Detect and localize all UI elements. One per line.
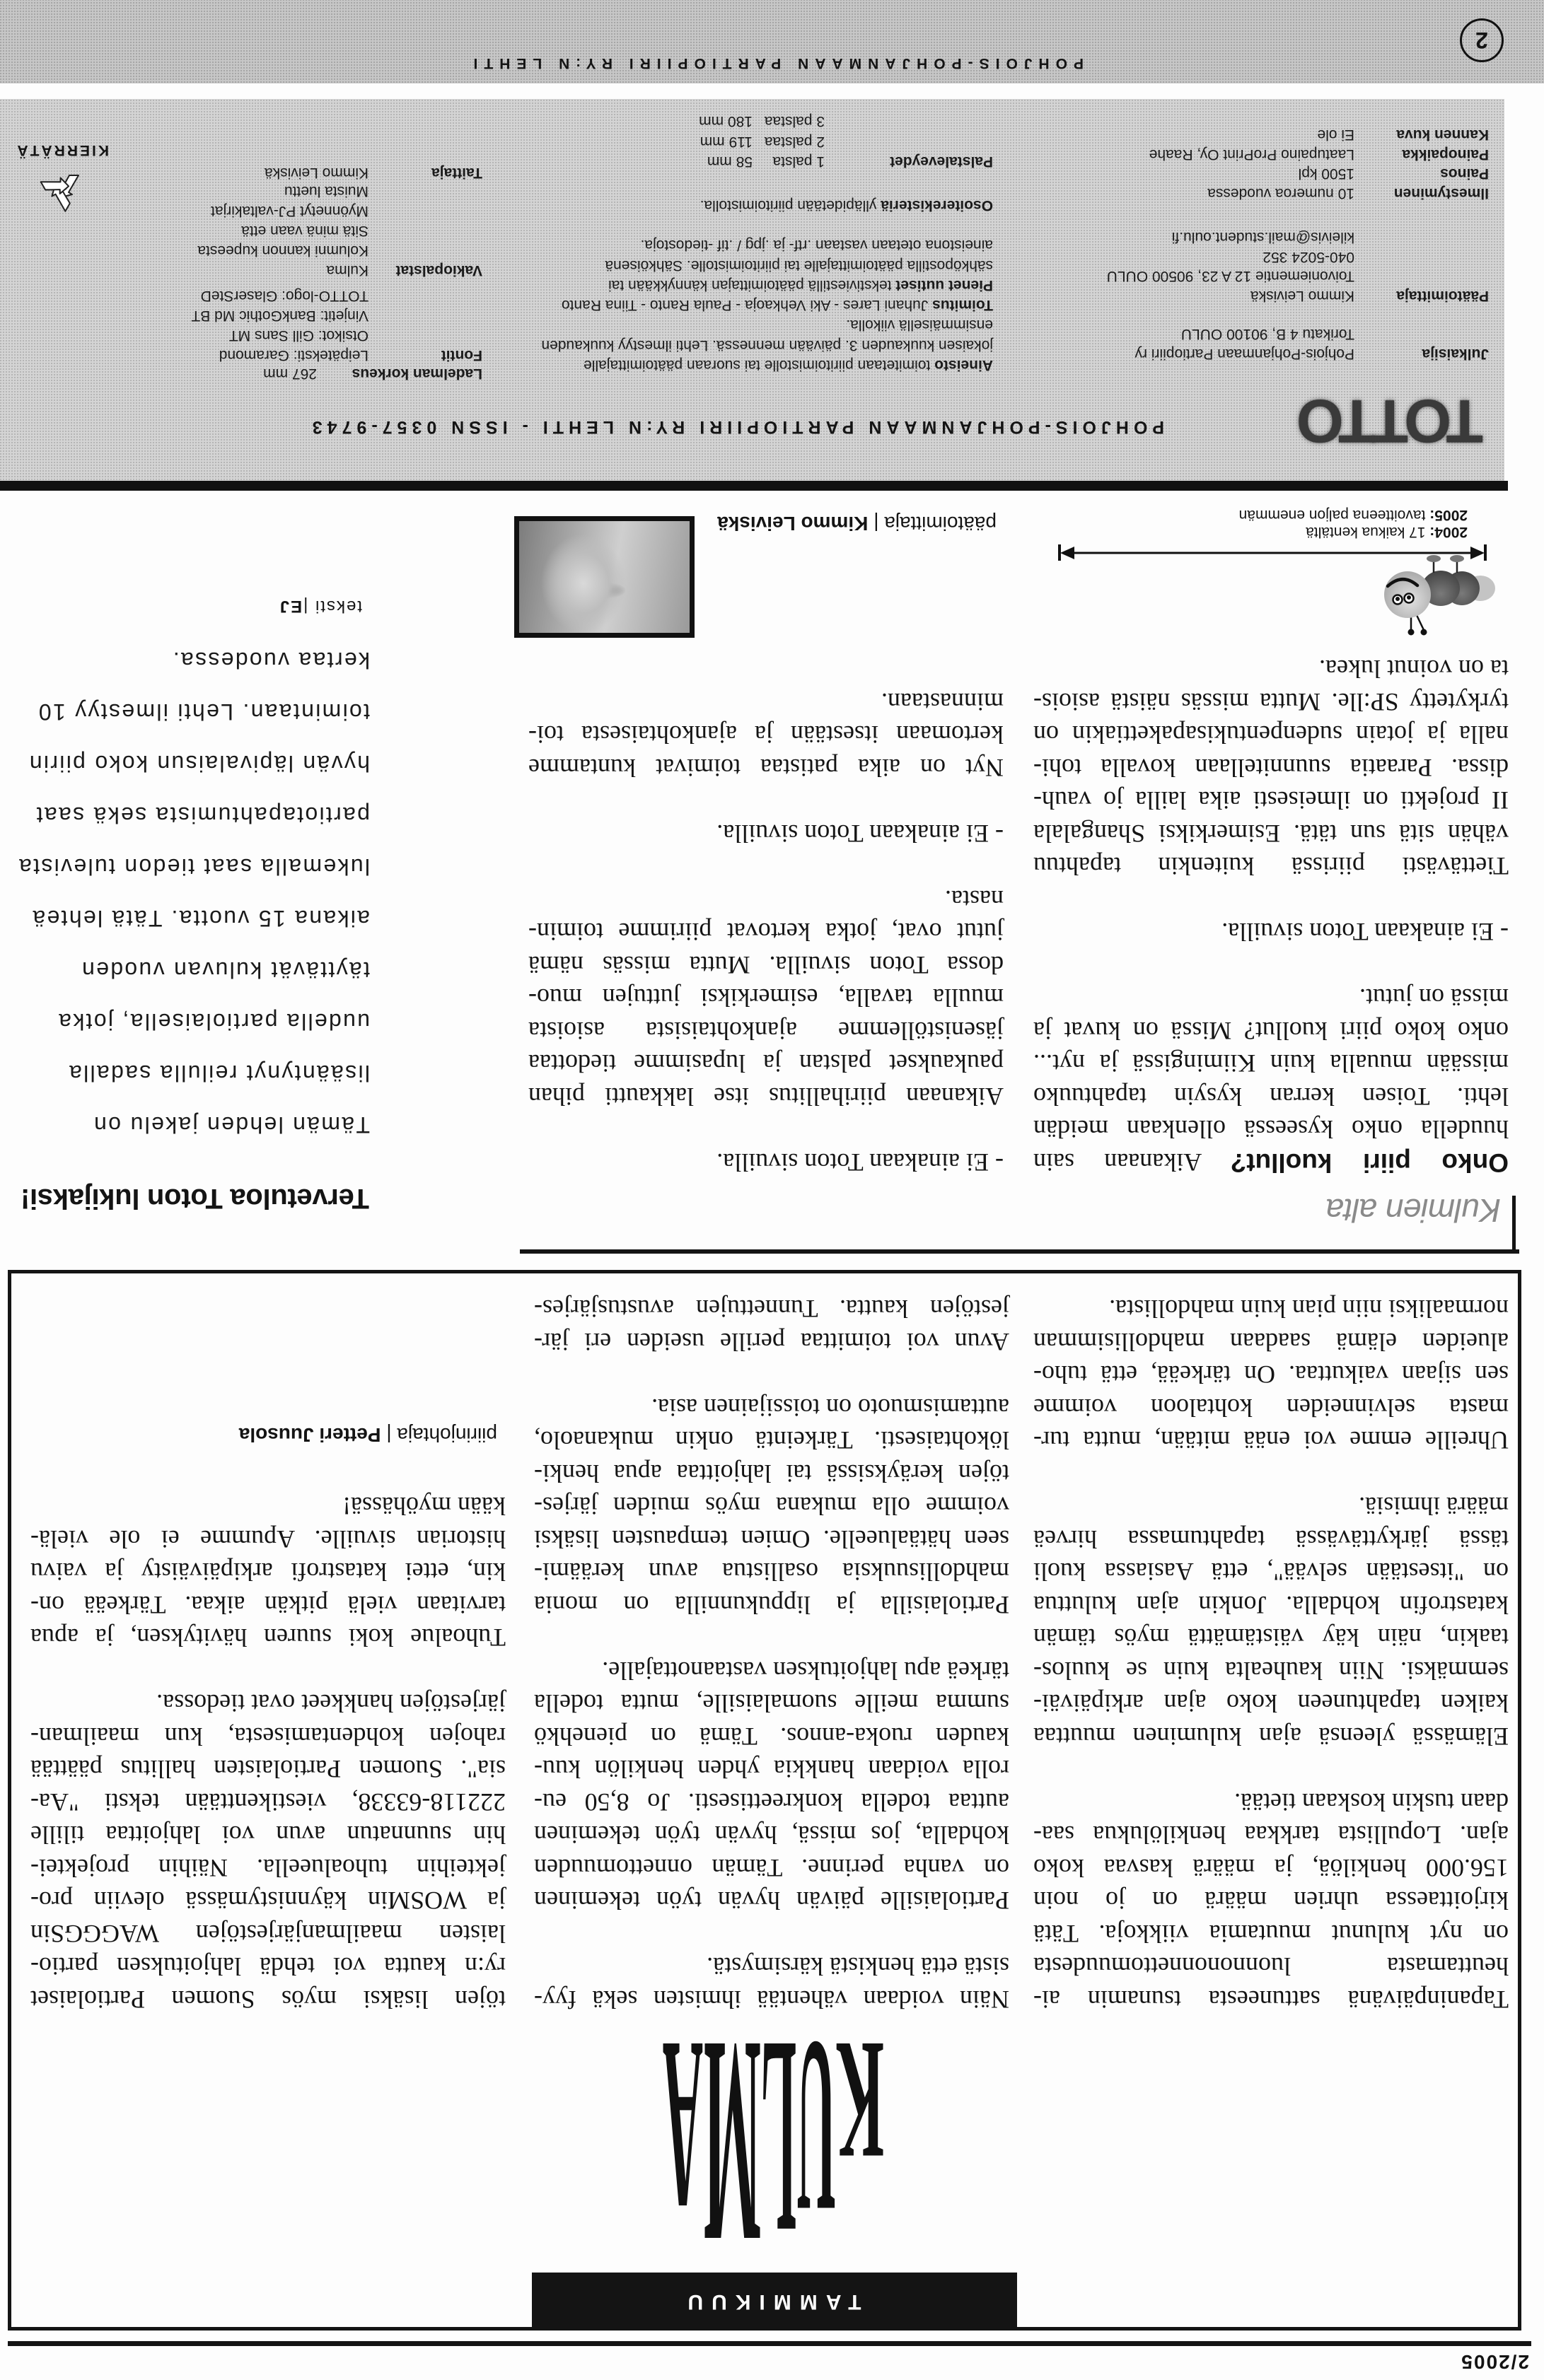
title-letter: A [663,1990,703,2261]
kulma-signature: piirinjohtaja | Petteri Juusola [239,1423,497,1446]
text-run: ajan. Lopullista tarkkaa henkilölukua sa… [1033,1821,1509,1850]
editor-signature: päätoimittaja | Kimmo Leiviskä [717,512,997,535]
text-line: onko koko piiri kuollut? Missä on kuvat … [1033,1015,1509,1048]
text-run: tässä järkyttävässä tapahtumassa hirveä [1033,1525,1509,1553]
paragraph: Partiolaisilla ja lippukunnilla on monia… [534,1392,1009,1622]
text-line: Tuhoalue koki suuren hävityksen, ja apua [30,1621,506,1655]
note-line: Toimitus Juhani Lares - Aki Vehkaoja - P… [498,295,993,315]
welcome-line: toimintaan. Lehti ilmestyy 10 [18,686,370,737]
text-line: töjen keräyksissä tai lahjoittaa apua he… [534,1457,1009,1491]
publisher-label: Julkaisija [1422,344,1489,364]
text-line: vähän sitä sun tätä. Esimerkiksi Shangal… [1033,817,1509,851]
section-rule [520,1249,1519,1254]
text-run: vähän sitä sun tätä. Esimerkiksi Shangal… [1033,819,1509,848]
text-line: 156.000 henkilöä, ja määrä kasvaa koko [1033,1852,1509,1885]
text-run: kaiken tapahtuneen koko ajan arkipäiväi- [1033,1690,1509,1718]
text-line: tärkeä apu lahjoituksen vastaanottajalle… [534,1655,1009,1688]
feedback-text: 17 kaikua kentältä [1306,524,1429,540]
paragraph: - Ei ainakaan Toton sivuilla. [528,817,1004,851]
text-run: järjestöjen hankkeet ovat tiedossa. [156,1690,506,1718]
column-widths-label: Palstaleveydet [890,151,993,171]
detail-label: Kannen kuva [1396,125,1489,145]
editor-label: Päätoimittaja [1396,286,1489,306]
text-line: heuttamasta luonnononnettomuudesta [1033,1950,1509,1983]
regular-columns-label: Vakiopalstat [395,260,482,280]
text-run: sähköpostilla päätoimittajalle tai piiri… [605,257,993,274]
value-line: Torikatu 4 B, 90100 OULU [1135,325,1354,344]
year-label: 2005: [1429,507,1468,523]
colophon-rule [0,481,1508,491]
text-line: paukaukset palstan ja lupasimme tiedotta… [528,1047,1004,1080]
text-line: minnastaan. [528,686,1004,719]
welcome-line: partiotapahtumista sekä saat [18,789,370,841]
text-line: historian sivuille. Apumme ei ole vielä- [30,1523,506,1556]
text-line: Uhreille emme voi enää mitään, mutta tur… [1033,1424,1509,1457]
text-line: nalla ja jotain sudenpentukisapakettiaki… [1033,718,1509,752]
text-line: ja WOSMin käynnistymässä oleviin pro- [30,1884,506,1918]
text-run: - Ei ainakaan Toton sivuilla. [716,819,1004,848]
text-run: minnastaan. [881,688,1004,716]
text-run: Tapaninpäivänä sattuneesta tsunamin ai- [1033,1985,1509,2014]
note-line [498,215,993,235]
text-run: voimme olla mukana myös muiden järjes- [534,1493,1009,1521]
detail-value: Ei ole [1317,125,1354,145]
kulma-column-2: Näin voidaan vähentää ihmisten sekä fyy-… [534,1293,1009,2016]
text-run: sen sijaan vaikuttaa. On tärkeää, että t… [1033,1361,1509,1389]
text-line: - Ei ainakaan Toton sivuilla. [528,1146,1004,1179]
magazine-page: 2/2005 TAMMIKUU KULMA Tapaninpäivänä sat… [0,0,1544,2380]
text-run: Aikanaan sain [1033,1148,1231,1177]
text-run: Partiolaisilla ja lippukunnilla on monia [534,1591,1009,1619]
value-line: Toivoniementie 12 A 23, 90500 OULU [1107,267,1354,286]
text-run: lökohtaisesti. Tärkeintä onkin mukanaolo… [534,1427,1009,1455]
signature-separator: | [381,1424,397,1446]
text-run: onko koko piiri kuollut? Missä on kuvat … [1033,1017,1509,1045]
text-run: määrä ihmisiä. [1359,1493,1509,1521]
text-run: nalla ja jotain sudenpentukisapakettiaki… [1033,721,1509,749]
welcome-credit: teksti |EJ [279,596,362,616]
text-run: hin suunnatun avun voi lahjoittaa tilill… [30,1821,506,1850]
text-line: kirjoittaessa uhrien määrä on jo noin [1033,1884,1509,1918]
text-run: jestöjen kautta. Tunnettujen avustusjärj… [534,1295,1009,1324]
text-run: daan tuskin koskaan tietää. [1234,1788,1509,1816]
text-run: missä on jutut. [1359,984,1509,1013]
header-rule [8,2341,1531,2346]
feedback-note: 2004: 17 kaikua kentältä 2005: tavoittee… [1239,506,1468,540]
text-line: ry:n kautta voi tehdä lahjoituksen parti… [30,1950,506,1983]
feedback-2004: 2004: 17 kaikua kentältä [1239,523,1468,540]
text-run: jokaisen kuukauden 3. päivään mennessä. … [541,337,993,354]
text-run: Aikanaan piirihallitus itse lakkautti pi… [528,1083,1004,1111]
text-run: sistä että henkistä kärsimystä. [707,1953,1009,1981]
note-line: ensimmäisellä viikolla. [498,315,993,334]
layout-artist-value: Kimmo Leiviskä [265,163,368,182]
column-width: 58 mm [707,151,753,171]
page-number: 2 [1460,18,1504,62]
submission-notes: Aineisto toimitetaan piiritoimistolle ta… [498,194,993,375]
text-run: heuttamasta luonnononnettomuudesta [1033,1953,1509,1981]
print-height: Ladelman korkeus 267 mm [115,363,482,383]
publisher-value: Pohjois-Pohjanmaan Partiopiiri ry Torika… [1135,325,1354,363]
text-run: huudella onko kyseessä ollenkaan meidän [1033,1116,1509,1144]
text-line: Partiolaisilla ja lippukunnilla on monia [534,1589,1009,1622]
editor-photo [514,516,695,638]
text-run: missään muualla kuin Kiimingissä ja nyt.… [1033,1050,1509,1078]
text-run: jekteihin tuhoalueella. Näihin projektei… [30,1854,506,1882]
text-line: auttaa todella konkreettisesti. Jo 8,50 … [534,1786,1009,1819]
value-line: Myönnetyt PJ-valtakirjat [197,201,368,221]
text-line: on "itsestään selvää", että Aasiassa kuo… [1033,1556,1509,1589]
signature-name: Petteri Juusola [239,1424,381,1446]
text-run: kin, ettei katastrofi arkipäiväisty ja v… [30,1558,506,1587]
text-line: ta on voinut lukea. [1033,653,1509,686]
text-line: Aikanaan piirihallitus itse lakkautti pi… [528,1080,1004,1114]
text-line: dossa Toton sivuilla. Mutta missäs nämä [528,949,1004,982]
text-run: on nyt kulunut muutamia viikkoja. Tätä [1033,1920,1509,1948]
text-line: 222118-63338, viestikenttään teksti "Aa- [30,1786,506,1819]
paragraph: Näin voidaan vähentää ihmisten sekä fyy-… [534,1950,1009,2016]
column-width: 119 mm [700,131,753,151]
email-line: kileivis@mail.student.oulu.fi [1107,228,1354,247]
bold-lead: Onko piiri kuollut? [1231,1148,1509,1177]
welcome-title: Tervetuloa Toton lukijaksi! [21,1183,369,1214]
bold-term: Pienet uutiset [895,277,993,293]
text-run: on "itsestään selvää", että Aasiassa kuo… [1033,1558,1509,1587]
paragraph: Onko piiri kuollut? Aikanaan sainhuudell… [1033,981,1509,1179]
text-run: kertomaan itsestään ja ajankohtaisesta t… [528,721,1004,749]
paragraph: - Ei ainakaan Toton sivuilla. [528,1146,1004,1179]
issue-number: 2/2005 [1460,2351,1529,2372]
paragraph: - Ei ainakaan Toton sivuilla. [1033,916,1509,949]
paragraph: töjen lisäksi myös Suomen Partiolaisetry… [30,1687,506,2016]
column-count: 3 palstaa [765,111,825,131]
text-run: Tuhoalue koki suuren hävityksen, ja apua [30,1624,506,1652]
text-line: mahdollisuuksia osallistua avun keräämi- [534,1556,1009,1589]
text-run: kauden ruoka-annos. Tämä on pienehkö [534,1722,1009,1751]
detail-value: 10 numeroa vuodessa [1207,184,1354,204]
regular-columns-value: Kulma Kolumni kannon kupeesta Sitä minä … [197,181,368,280]
footer-title: POHJOIS-POHJANMAAN PARTIOPIIRI RY:N LEHT… [468,54,1084,71]
section-heading-bar [1512,1196,1516,1254]
text-line: katastrofin kohdalla. Jonkin ajan kulutt… [1033,1589,1509,1622]
text-line: kin, ettei katastrofi arkipäiväisty ja v… [30,1556,506,1589]
welcome-line: lukemalla saat tiedon tulevista [18,841,370,892]
text-line: seen hätäalueelle. Omien tempausten lisä… [534,1523,1009,1556]
text-line: daan tuskin koskaan tietää. [1033,1786,1509,1819]
text-run: Nyt on aika patistaa toimivat kuntamme [528,754,1004,782]
fonts-value: Leipäteksti: Garamond Otsikot: Gill Sans… [191,286,368,365]
welcome-text: Tämän lehden jakelu onlisääntynyt reilul… [18,634,370,1150]
note-line: jokaisen kuukauden 3. päivään mennessä. … [498,334,993,354]
text-run: muulla tavalla, esimerkiksi juttujen muo… [528,984,1004,1013]
signature-separator: | [868,513,884,535]
totto-logo: TOTTO [1301,389,1483,453]
kulma-column-3: töjen lisäksi myös Suomen Partiolaisetry… [30,1490,506,2016]
welcome-line: kertaa vuodessa. [18,634,370,686]
text-line: voimme olla mukana myös muiden järjes- [534,1490,1009,1523]
signature-name: Kimmo Leiviskä [717,513,868,535]
text-line: huudella onko kyseessä ollenkaan meidän [1033,1113,1509,1146]
text-run: rolla voidaan hankkia yhden henkilön kuu… [534,1756,1009,1784]
text-run: seen hätäalueelle. Omien tempausten lisä… [534,1525,1009,1553]
title-letter: M [703,1979,761,2308]
text-line: jestöjen kautta. Tunnettujen avustusjärj… [534,1293,1009,1326]
feedback-text: tavoitteena paljon enemmän [1239,507,1430,523]
text-line: lökohtaisesti. Tärkeintä onkin mukanaolo… [534,1424,1009,1457]
text-run: ylläpidetään piiritoimistolla. [700,197,881,214]
text-line: Tiettävästi piirissä kuitenkin tapahtuu [1033,850,1509,883]
text-run: - Ei ainakaan Toton sivuilla. [716,1148,1004,1177]
credit-initials: EJ [279,597,302,616]
recycle-icon [36,167,87,216]
bold-term: Toimitus [932,297,993,313]
text-run: auttaa todella konkreettisesti. Jo 8,50 … [534,1788,1009,1816]
colophon-header: POHJOIS-POHJANMAAN PARTIOPIIRI RY:N LEHT… [308,417,1164,437]
text-line: rahojen kohdentamisesta, kun maailman- [30,1720,506,1754]
welcome-line: uudella partiolaisella, jotka [18,996,370,1047]
text-line: jutut ovat, jotka kertovat piirimme toim… [528,916,1004,949]
text-run: kirjoittaessa uhrien määrä on jo noin [1033,1887,1509,1915]
paragraph: Partiolaisille päivän hyvän työn tekemin… [534,1655,1009,1918]
text-run: tekstiviestillä päätoimittajan kännykkää… [608,277,895,293]
value-line: Otsikot: Gill Sans MT [191,325,368,345]
text-run: rahojen kohdentamisesta, kun maailman- [30,1722,506,1751]
value-line: Kimmo Leiviskä [1107,286,1354,306]
text-line: alueiden elämä saadaan mahdollisimman [1033,1326,1509,1359]
section-heading: Kulmien alta [1326,1193,1501,1228]
value-line: TOTTO-logo: GlaserSteD [191,286,368,305]
credit-prefix: teksti | [302,597,362,616]
print-height-label: Ladelman korkeus [352,363,482,383]
text-run: ta on voinut lukea. [1319,655,1509,684]
text-line: määrä ihmisiä. [1033,1490,1509,1523]
text-run: dissa. Paraatia suunnitellaan kovalla to… [1033,754,1509,782]
text-line: Partiolaisille päivän hyvän työn tekemin… [534,1884,1009,1918]
paragraph: Uhreille emme voi enää mitään, mutta tur… [1033,1293,1509,1457]
text-line: sia". Suomen Partiolaisten hallitus päät… [30,1753,506,1786]
kulmien-alta-column-2: - Ei ainakaan Toton sivuilla.Aikanaan pi… [528,686,1004,1179]
text-line: auttamismuoto on toissijainen asia. [534,1392,1009,1425]
title-letter: K [836,2006,884,2195]
paragraph: Tapaninpäivänä sattuneesta tsunamin ai-h… [1033,1786,1509,2017]
layout-artist-label: Taittaja [431,163,482,182]
title-letter: L [761,1981,796,2294]
year-label: 2004: [1429,524,1468,540]
text-line: töjen lisäksi myös Suomen Partiolaiset [30,1983,506,2017]
detail-value: Laatupaino ProPrint Oy, Raahe [1149,145,1354,165]
welcome-line: täyttävät kuluvan vuoden [18,944,370,996]
text-line: jäsenistöllemme ajankohtaisista asioista [528,1015,1004,1048]
text-line: kertomaan itsestään ja ajankohtaisesta t… [528,718,1004,752]
text-line: Tapaninpäivänä sattuneesta tsunamin ai- [1033,1983,1509,2017]
text-line: II projekti on ilmeisesti aika lailla jo… [1033,784,1509,817]
text-run: töjen lisäksi myös Suomen Partiolaiset [30,1985,506,2014]
value-line: 040-5024 352 [1107,247,1354,267]
text-line: nasta. [528,883,1004,916]
paragraph: Avun voi toimittaa perille useiden eri j… [534,1293,1009,1358]
value-line: Leipäteksti: Garamond [191,345,368,365]
signature-role: päätoimittaja [884,513,997,535]
text-run: lehti. Toisen kerran kysyin tapahtuuko [1033,1083,1509,1111]
text-run: mahdollisuuksia osallistua avun keräämi- [534,1558,1009,1587]
text-run: tärkeä apu lahjoituksen vastaanottajalle… [602,1657,1009,1685]
column-count: 2 palstaa [765,131,825,151]
note-line: Pienet uutiset tekstiviestillä päätoimit… [498,275,993,295]
text-line: kään myöhässä! [30,1490,506,1523]
text-line: on vanha perinne. Tämän onnettomuuden [534,1852,1009,1885]
text-line: tässä järkyttävässä tapahtumassa hirveä [1033,1523,1509,1556]
value-line: Muista luettu [197,181,368,201]
text-run: alueiden elämä saadaan mahdollisimman [1033,1328,1509,1356]
welcome-line: Tämän lehden jakelu on [18,1099,370,1150]
fonts-group: Fontit Leipäteksti: Garamond Otsikot: Gi… [115,286,482,365]
text-line: Avun voi toimittaa perille useiden eri j… [534,1326,1009,1359]
paragraph: Aikanaan piirihallitus itse lakkautti pi… [528,883,1004,1114]
text-run: katastrofin kohdalla. Jonkin ajan kulutt… [1033,1591,1509,1619]
text-line: missä on jutut. [1033,981,1509,1015]
text-line: on nyt kulunut muutamia viikkoja. Tätä [1033,1918,1509,1951]
text-run: jutut ovat, jotka kertovat piirimme toim… [528,918,1004,947]
text-run: Elämässä yleensä ajan kuluminen muuttaa [1033,1722,1509,1751]
text-line: missään muualla kuin Kiimingissä ja nyt.… [1033,1047,1509,1080]
title-letter: U [796,1989,836,2268]
text-run: II projekti on ilmeisesti aika lailla jo… [1033,787,1509,815]
text-run: Uhreille emme voi enää mitään, mutta tur… [1033,1427,1509,1455]
text-run: kään myöhässä! [342,1493,506,1521]
range-arrow-icon [1056,542,1489,563]
fonts-label: Fontit [441,345,482,365]
print-height-value: 267 mm [263,363,317,383]
text-run: semmäksi. Niin kauhealta kuin se kuulos- [1033,1657,1509,1685]
text-run: Avun voi toimittaa perille useiden eri j… [534,1328,1009,1356]
text-run: laisten maailmanjärjestöjen WAGGGSin [30,1920,506,1948]
value-line: Kolumni kannon kupeesta [197,240,368,260]
layout-artist-group: Taittaja Kimmo Leiviskä [115,163,482,182]
text-line: tarvitaan vielä pitkän aikaa. Tärkeää on… [30,1589,506,1622]
text-run: toimitetaan piiritoimistolle tai suoraan… [584,357,934,373]
detail-label: Painopaikka [1402,145,1489,165]
text-line: sistä että henkistä kärsimystä. [534,1950,1009,1983]
text-run: 222118-63338, viestikenttään teksti "Aa- [30,1788,506,1816]
text-run: töjen keräyksissä tai lahjoittaa apua he… [534,1459,1009,1488]
text-line: järjestöjen hankkeet ovat tiedossa. [30,1687,506,1720]
text-run: taakin, näin käy väistämättä myös tämän [1033,1624,1509,1652]
text-line: kohdalla, jos missä, hyvän työn tekemine… [534,1819,1009,1852]
column-count: 1 palsta [772,151,825,171]
text-line: normaaliksi niin pian kuin mahdollista. [1033,1293,1509,1326]
text-run: normaaliksi niin pian kuin mahdollista. [1109,1295,1509,1324]
text-line: Elämässä yleensä ajan kuluminen muuttaa [1033,1720,1509,1754]
text-run: auttamismuoto on toissijainen asia. [651,1394,1009,1422]
welcome-line: aikana 15 vuotta. Tätä lehteä [18,892,370,944]
bold-term: Osoiterekisteriä [881,197,993,214]
text-line: lehti. Toisen kerran kysyin tapahtuuko [1033,1080,1509,1114]
text-run: masta selvinneiden kohtaloon voimme [1033,1394,1509,1422]
text-line: ajan. Lopullista tarkkaa henkilölukua sa… [1033,1819,1509,1852]
text-run: on vanha perinne. Tämän onnettomuuden [534,1854,1009,1882]
text-line: - Ei ainakaan Toton sivuilla. [1033,916,1509,949]
detail-value: 1500 kpl [1299,164,1354,184]
editor-value: Kimmo Leiviskä Toivoniementie 12 A 23, 9… [1107,228,1354,305]
text-line: taakin, näin käy väistämättä myös tämän [1033,1621,1509,1655]
detail-label: Ilmestyminen [1394,184,1489,204]
text-run: 156.000 henkilöä, ja määrä kasvaa koko [1033,1854,1509,1882]
note-line: aineistona otetaan vastaan .rtf- ja .jpg… [498,235,993,255]
text-run: nasta. [945,885,1004,914]
text-line: summa meille suomalaisille, mutta todell… [534,1687,1009,1720]
text-line: semmäksi. Niin kauhealta kuin se kuulos- [1033,1655,1509,1688]
text-line: dissa. Paraatia suunnitellaan kovalla to… [1033,752,1509,785]
text-line: muulla tavalla, esimerkiksi juttujen muo… [528,981,1004,1015]
text-line: Nyt on aika patistaa toimivat kuntamme [528,752,1004,785]
text-line: masta selvinneiden kohtaloon voimme [1033,1392,1509,1425]
text-line: sen sijaan vaikuttaa. On tärkeää, että t… [1033,1358,1509,1392]
text-run: aineistona otetaan vastaan .rtf- ja .jpg… [641,237,993,253]
text-run: Partiolaisille päivän hyvän työn tekemin… [534,1887,1009,1915]
recycle-label: KIERRÄTÄ [16,141,110,158]
note-line: Aineisto toimitetaan piiritoimistolle ta… [498,355,993,375]
detail-label: Painos [1440,164,1489,184]
signature-role: piirinjohtaja [397,1424,497,1446]
text-run: jäsenistöllemme ajankohtaisista asioista [528,1017,1004,1045]
welcome-line: lisääntynyt reilulla sadalla [18,1047,370,1099]
text-run: ensimmäisellä viikolla. [846,317,993,333]
text-line: - Ei ainakaan Toton sivuilla. [528,817,1004,851]
bold-term: Aineisto [934,357,993,373]
paragraph: Nyt on aika patistaa toimivat kuntammeke… [528,686,1004,785]
text-run: tarvitaan vielä pitkän aikaa. Tärkeää on… [30,1591,506,1619]
text-run: ja WOSMin käynnistymässä oleviin pro- [30,1887,506,1915]
text-line: kauden ruoka-annos. Tämä on pienehkö [534,1720,1009,1754]
value-line: Kulma [197,260,368,280]
value-line: Vinjetit: BankGothic Md BT [191,305,368,325]
text-run: dossa Toton sivuilla. Mutta missäs nämä [528,951,1004,979]
text-line: laisten maailmanjärjestöjen WAGGGSin [30,1918,506,1951]
text-run: - Ei ainakaan Toton sivuilla. [1221,918,1509,947]
paragraph: Tiettävästi piirissä kuitenkin tapahtuuv… [1033,653,1509,883]
kulma-title: KULMA [649,2034,890,2246]
paragraph: Elämässä yleensä ajan kuluminen muuttaak… [1033,1490,1509,1753]
text-line: kaiken tapahtuneen koko ajan arkipäiväi- [1033,1687,1509,1720]
note-line: Osoiterekisteriä ylläpidetään piiritoimi… [498,194,993,214]
text-run: ry:n kautta voi tehdä lahjoituksen parti… [30,1953,506,1981]
details-group: Ilmestyminen 10 numeroa vuodessa Painos … [1064,124,1489,203]
feedback-2005: 2005: tavoitteena paljon enemmän [1239,506,1468,523]
column-widths: Palstaleveydet 1 palsta 58 mm 2 palstaa … [625,107,993,171]
text-run: sia". Suomen Partiolaisten hallitus päät… [30,1756,506,1784]
text-run: Näin voidaan vähentää ihmisten sekä fyy- [534,1985,1009,2014]
welcome-line: hyvän läpivalaisun koko piirin [18,737,370,789]
regular-columns-group: Vakiopalstat Kulma Kolumni kannon kupees… [115,181,482,280]
text-line: Näin voidaan vähentää ihmisten sekä fyy- [534,1983,1009,2017]
text-line: tyrkytetty SP:lle. Mutta missäs näistä a… [1033,686,1509,719]
kulmien-alta-column-1: Onko piiri kuollut? Aikanaan sainhuudell… [1033,653,1509,1179]
text-line: jekteihin tuhoalueella. Näihin projektei… [30,1852,506,1885]
value-line: Pohjois-Pohjanmaan Partiopiiri ry [1135,344,1354,364]
note-line: sähköpostilla päätoimittajalle tai piiri… [498,255,993,274]
text-line: hin suunnatun avun voi lahjoittaa tilill… [30,1819,506,1852]
paragraph: Tuhoalue koki suuren hävityksen, ja apua… [30,1490,506,1655]
text-run: summa meille suomalaisille, mutta todell… [534,1690,1009,1718]
text-line: Onko piiri kuollut? Aikanaan sain [1033,1146,1509,1179]
text-run: Tiettävästi piirissä kuitenkin tapahtuu [1033,853,1509,881]
column-width: 180 mm [699,111,753,131]
text-run: historian sivuille. Apumme ei ole vielä- [30,1525,506,1553]
text-run: paukaukset palstan ja lupasimme tiedotta… [528,1050,1004,1078]
text-line: rolla voidaan hankkia yhden henkilön kuu… [534,1753,1009,1786]
text-run: Juhani Lares - Aki Vehkaoja - Paula Rant… [562,297,932,313]
kulma-column-1: Tapaninpäivänä sattuneesta tsunamin ai-h… [1033,1293,1509,2016]
